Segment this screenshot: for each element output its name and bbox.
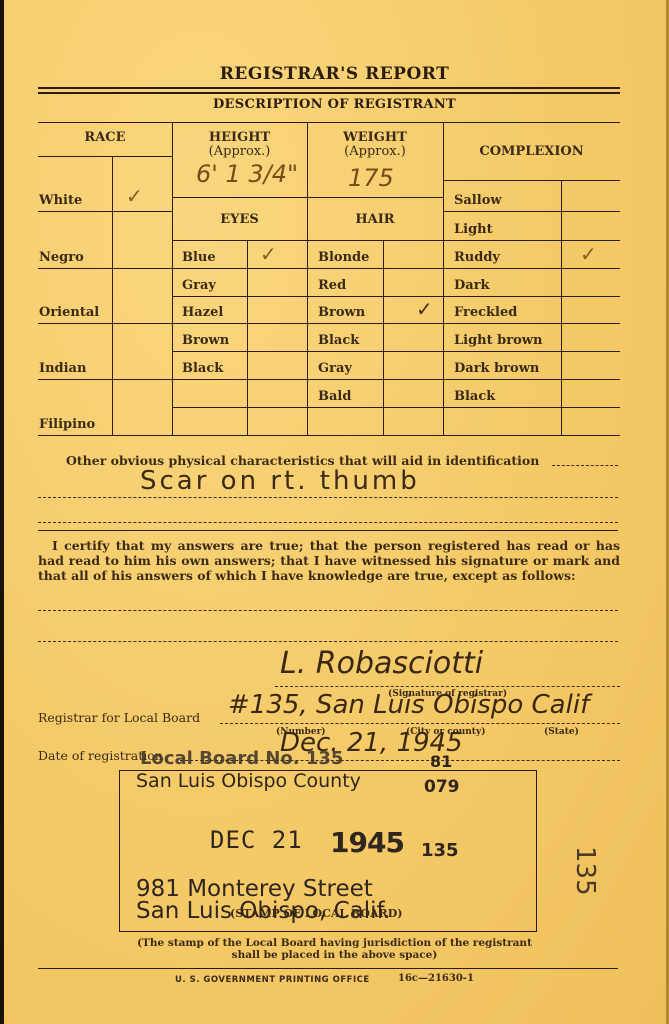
race-white-check[interactable]: ✓	[126, 184, 143, 208]
eyes-rule	[172, 379, 307, 380]
hair-gray: Gray	[318, 361, 352, 376]
eyes-rule	[172, 407, 307, 408]
title-rule-bottom	[38, 92, 620, 94]
complexion-sallow: Sallow	[454, 193, 502, 208]
eyes-gray: Gray	[182, 278, 216, 293]
dotted-line	[275, 686, 620, 687]
eyes-brown: Brown	[182, 333, 229, 348]
complexion-rule	[443, 211, 620, 212]
stamp-board-code: 81	[430, 752, 452, 771]
complexion-freckled: Freckled	[454, 305, 517, 320]
hair-black: Black	[318, 333, 359, 348]
complexion-dark: Dark	[454, 278, 490, 293]
stamp-caption: (STAMP OF LOCAL BOARD)	[230, 907, 402, 920]
footer-form-number: 16c—21630-1	[398, 973, 474, 984]
complexion-rule	[443, 268, 620, 269]
complexion-black: Black	[454, 389, 495, 404]
race-header-rule	[38, 156, 172, 157]
local-board-value[interactable]: #135, San Luis Obispo Calif	[228, 690, 589, 720]
race-rule	[38, 379, 172, 380]
race-rule	[38, 268, 172, 269]
table-bottom-rule	[38, 435, 620, 436]
complexion-dark-brown: Dark brown	[454, 361, 539, 376]
stamp-date: DEC 21	[210, 826, 303, 854]
dotted-line	[38, 497, 618, 498]
height-rule	[172, 197, 307, 198]
race-rule	[38, 211, 172, 212]
dotted-line	[38, 522, 618, 523]
table-top-rule	[38, 122, 620, 123]
stamp-note-line1: (The stamp of the Local Board having jur…	[0, 937, 669, 949]
eyes-blue: Blue	[182, 250, 216, 265]
stamp-year: 1945	[330, 826, 404, 859]
complexion-rule	[443, 351, 620, 352]
complexion-rule	[443, 296, 620, 297]
section-subtitle: DESCRIPTION OF REGISTRANT	[0, 97, 669, 112]
divider-complexion-check	[561, 180, 562, 435]
dotted-line	[38, 610, 618, 611]
height-approx: (Approx.)	[172, 144, 307, 159]
complexion-ruddy: Ruddy	[454, 250, 500, 265]
divider-eyes-check	[247, 240, 248, 435]
stamp-note: (The stamp of the Local Board having jur…	[0, 937, 669, 961]
divider-race	[172, 122, 173, 435]
hair-brown: Brown	[318, 305, 365, 320]
dotted-line	[220, 723, 620, 724]
hair-brown-check[interactable]: ✓	[416, 297, 433, 321]
complexion-header-rule	[443, 180, 620, 181]
divider-hair-check	[383, 240, 384, 435]
footer-rule	[38, 968, 618, 969]
weight-rule	[307, 197, 443, 198]
height-header: HEIGHT	[172, 130, 307, 145]
local-board-label: Registrar for Local Board	[38, 710, 200, 725]
other-characteristics-value[interactable]: Scar on rt. thumb	[140, 466, 420, 496]
stamp-board-number: 135	[421, 840, 459, 861]
eyes-header: EYES	[172, 212, 307, 227]
hair-bald: Bald	[318, 389, 351, 404]
height-value[interactable]: 6' 1 3/4"	[196, 160, 298, 188]
hair-rule	[307, 323, 443, 324]
race-white: White	[39, 193, 82, 208]
complexion-header: COMPLEXION	[443, 144, 620, 159]
registrar-signature[interactable]: L. Robasciotti	[280, 646, 483, 681]
weight-header: WEIGHT	[307, 130, 443, 145]
stamp-county: San Luis Obispo County	[136, 770, 361, 792]
complexion-rule	[443, 240, 620, 241]
dotted-line	[38, 641, 618, 642]
race-negro: Negro	[39, 250, 84, 265]
complexion-light: Light	[454, 222, 493, 237]
race-indian: Indian	[39, 361, 86, 376]
dotted-line	[552, 465, 618, 466]
hair-header: HAIR	[307, 212, 443, 227]
complexion-rule	[443, 379, 620, 380]
complexion-rule	[443, 323, 620, 324]
certification-text: I certify that my answers are true; that…	[38, 538, 620, 583]
hair-rule	[307, 268, 443, 269]
section-rule	[38, 530, 618, 531]
complexion-ruddy-check[interactable]: ✓	[580, 242, 597, 266]
weight-value[interactable]: 175	[348, 164, 394, 192]
eyes-hazel: Hazel	[182, 305, 223, 320]
eyes-black: Black	[182, 361, 223, 376]
footer-printer: U. S. GOVERNMENT PRINTING OFFICE	[175, 975, 370, 985]
divider-weight	[443, 122, 444, 435]
eyes-rule	[172, 268, 307, 269]
divider-height	[307, 122, 308, 435]
race-filipino: Filipino	[39, 417, 95, 432]
eyes-rule	[172, 351, 307, 352]
eyes-blue-check[interactable]: ✓	[260, 242, 277, 266]
scan-left-edge	[0, 0, 4, 1024]
eyes-header-rule	[172, 240, 307, 241]
eyes-rule	[172, 323, 307, 324]
document-title: REGISTRAR'S REPORT	[0, 64, 669, 84]
divider-race-check	[112, 157, 113, 435]
hair-rule	[307, 379, 443, 380]
hair-blonde: Blonde	[318, 250, 369, 265]
weight-approx: (Approx.)	[307, 144, 443, 159]
race-rule	[38, 323, 172, 324]
caption-state: (State)	[544, 727, 579, 737]
stamp-county-code: 079	[424, 777, 460, 797]
race-header: RACE	[38, 130, 172, 145]
eyes-rule	[172, 296, 307, 297]
race-oriental: Oriental	[39, 305, 99, 320]
complexion-rule	[443, 407, 620, 408]
hair-red: Red	[318, 278, 346, 293]
complexion-light-brown: Light brown	[454, 333, 542, 348]
side-stamp-number: 135	[570, 846, 600, 896]
hair-header-rule	[307, 240, 443, 241]
title-rule-top	[38, 87, 620, 89]
stamp-board-line: Local Board No. 135	[140, 748, 343, 769]
hair-rule	[307, 351, 443, 352]
stamp-note-line2: shall be placed in the above space)	[0, 949, 669, 961]
hair-rule	[307, 407, 443, 408]
